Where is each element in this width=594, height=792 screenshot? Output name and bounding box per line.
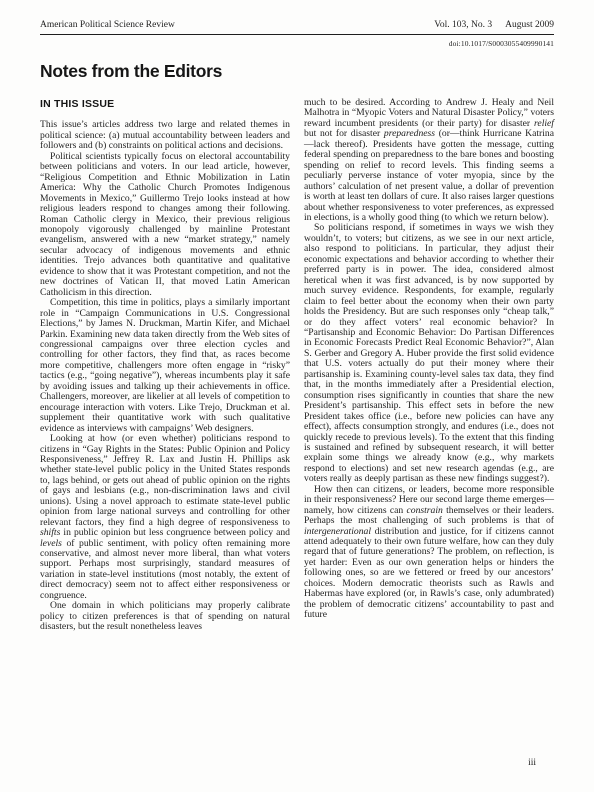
paragraph: much to be desired. According to Andrew … — [304, 98, 554, 223]
paragraph: Looking at how (or even whether) politic… — [40, 434, 290, 601]
paragraph: So politicians respond, if sometimes in … — [304, 223, 554, 484]
article-title: Notes from the Editors — [40, 61, 554, 82]
journal-name: American Political Science Review — [40, 20, 175, 30]
running-head: American Political Science Review Vol. 1… — [40, 20, 554, 35]
left-column: IN THIS ISSUE This issue’s articles addr… — [40, 98, 290, 633]
paragraph: Competition, this time in politics, play… — [40, 298, 290, 434]
page-header: American Political Science Review Vol. 1… — [40, 20, 554, 48]
issue-date: August 2009 — [505, 20, 554, 30]
paragraph: Political scientists typically focus on … — [40, 152, 290, 298]
journal-page: American Political Science Review Vol. 1… — [0, 0, 594, 792]
right-column-paragraphs: much to be desired. According to Andrew … — [304, 98, 554, 621]
volume-number: Vol. 103, No. 3 — [434, 20, 492, 30]
section-heading: IN THIS ISSUE — [40, 99, 290, 109]
right-column: much to be desired. According to Andrew … — [304, 98, 554, 633]
page-number: iii — [528, 758, 536, 768]
left-column-paragraphs: This issue’s articles address two large … — [40, 120, 290, 632]
paragraph: This issue’s articles address two large … — [40, 120, 290, 151]
volume-info: Vol. 103, No. 3 August 2009 — [434, 20, 554, 30]
doi-text: doi:10.1017/S0003055409990141 — [40, 39, 554, 48]
paragraph: One domain in which politicians may prop… — [40, 601, 290, 632]
paragraph: How then can citizens, or leaders, becom… — [304, 485, 554, 621]
two-column-body: IN THIS ISSUE This issue’s articles addr… — [40, 98, 554, 633]
